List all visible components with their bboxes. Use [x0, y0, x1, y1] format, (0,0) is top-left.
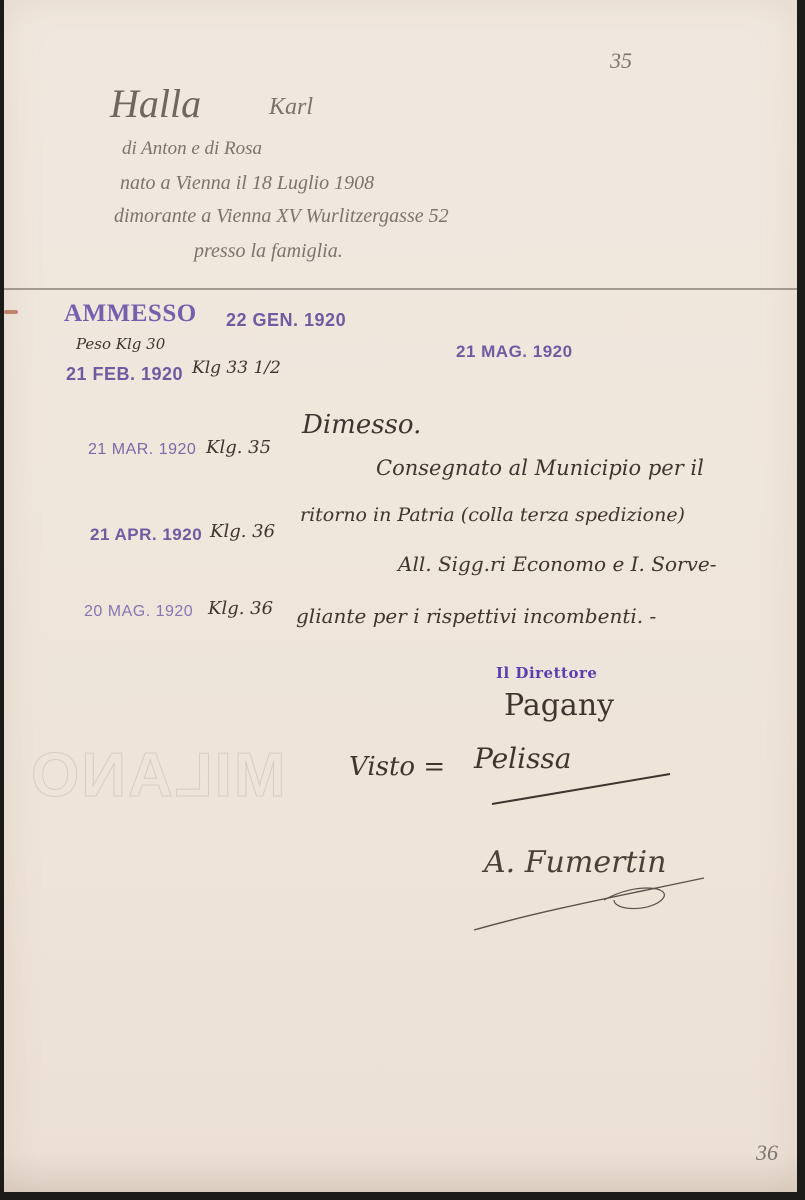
director-signature: Pagany: [504, 688, 614, 723]
given-name: Karl: [269, 94, 313, 121]
weight-value-feb: Klg 33 1/2: [192, 358, 281, 378]
weight-value-apr: Klg. 36: [210, 521, 275, 542]
page-number-bottom: 36: [756, 1140, 778, 1166]
weight-date-stamp-feb: 21 FEB. 1920: [66, 364, 183, 385]
body-title: Dimesso.: [302, 410, 421, 440]
director-stamp: Il Direttore: [496, 664, 597, 682]
initial-weight-note: Peso Klg 30: [76, 335, 165, 353]
weight-value-mag: Klg. 36: [208, 598, 273, 619]
weight-value-mar: Klg. 35: [206, 437, 271, 458]
body-line-2: ritorno in Patria (colla terza spedizion…: [300, 504, 685, 526]
parents-line: di Anton e di Rosa: [122, 138, 262, 160]
ammesso-date-stamp: 22 GEN. 1920: [226, 310, 346, 331]
ammesso-stamp: AMMESSO: [64, 300, 197, 328]
discharge-date-stamp: 21 MAG. 1920: [456, 342, 573, 362]
page-number-top: 35: [610, 48, 632, 74]
body-line-3: All. Sigg.ri Economo e I. Sorve-: [398, 552, 716, 576]
fold-line: [4, 288, 797, 290]
third-signature-flourish: [464, 870, 764, 940]
weight-date-stamp-mar: 21 MAR. 1920: [88, 441, 196, 459]
document-sheet: MILANO 35 36 Halla Karl di Anton e di Ro…: [4, 0, 797, 1192]
faint-show-through-text: MILANO: [29, 740, 286, 811]
visto-label: Visto =: [349, 752, 445, 782]
residence-line: dimorante a Vienna XV Wurlitzergasse 52: [114, 205, 449, 228]
edge-mark: [4, 310, 18, 314]
surname: Halla: [110, 80, 201, 127]
birth-line: nato a Vienna il 18 Luglio 1908: [120, 172, 374, 195]
weight-date-stamp-mag: 20 MAG. 1920: [84, 603, 193, 621]
body-line-1: Consegnato al Municipio per il: [376, 456, 704, 480]
lodging-line: presso la famiglia.: [194, 240, 343, 263]
body-line-4: gliante per i rispettivi incombenti. -: [296, 604, 656, 628]
visto-underline: [484, 770, 684, 810]
weight-date-stamp-apr: 21 APR. 1920: [90, 525, 202, 545]
